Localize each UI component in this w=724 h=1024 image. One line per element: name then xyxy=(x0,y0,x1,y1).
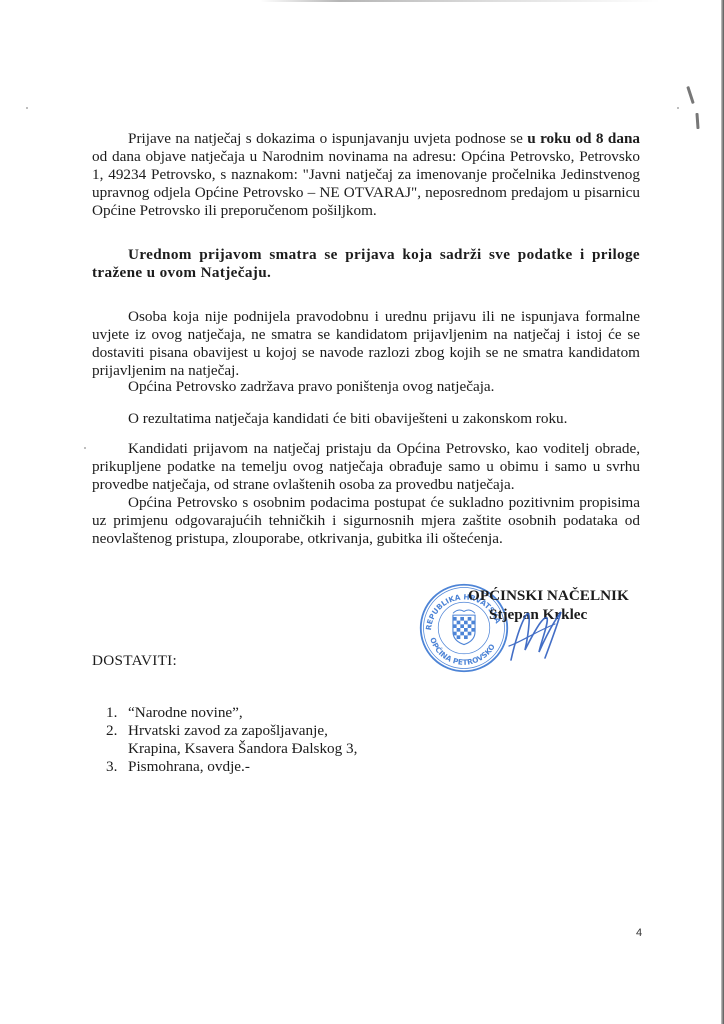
handwritten-signature-icon xyxy=(505,602,565,666)
scan-artifact-dot xyxy=(26,107,28,109)
scan-edge-top xyxy=(260,0,660,2)
submission-text-end: od dana objave natječaja u Narodnim novi… xyxy=(92,148,640,219)
paragraph-cancellation-right: Općina Petrovsko zadržava pravo poništen… xyxy=(92,378,640,396)
paragraph-data-protection: Općina Petrovsko s osobnim podacima post… xyxy=(92,494,640,548)
distribution-item-line: Krapina, Ksavera Šandora Đalskog 3, xyxy=(128,740,357,758)
submission-deadline: u roku od 8 dana xyxy=(527,130,640,147)
distribution-heading: DOSTAVITI: xyxy=(92,652,177,670)
distribution-item-number: 1. xyxy=(106,704,117,722)
distribution-item-line: Pismohrana, ovdje.- xyxy=(128,758,357,776)
distribution-item-line: “Narodne novine”, xyxy=(128,704,357,722)
submission-text-start: Prijave na natječaj s dokazima o ispunja… xyxy=(128,130,527,147)
distribution-item-line: Hrvatski zavod za zapošljavanje, xyxy=(128,722,357,740)
document-page: Prijave na natječaj s dokazima o ispunja… xyxy=(0,0,724,1024)
paragraph-valid-application: Urednom prijavom smatra se prijava koja … xyxy=(92,246,640,282)
distribution-item-number: 2. xyxy=(106,722,117,740)
distribution-item: 1. “Narodne novine”, xyxy=(106,704,357,722)
signatory-name: Stjepan Krklec xyxy=(468,606,668,624)
paragraph-invalid-application: Osoba koja nije podnijela pravodobnu i u… xyxy=(92,308,640,380)
signature-block: OPĆINSKI NAČELNIK Stjepan Krklec xyxy=(468,586,668,624)
distribution-item: 3. Pismohrana, ovdje.- xyxy=(106,758,357,776)
paragraph-results-notice: O rezultatima natječaja kandidati će bit… xyxy=(92,410,640,428)
scan-artifact-mark xyxy=(695,113,699,129)
scan-artifact-dot xyxy=(84,447,86,449)
paragraph-submission: Prijave na natječaj s dokazima o ispunja… xyxy=(92,130,640,220)
page-number: 4 xyxy=(636,927,642,939)
signatory-title: OPĆINSKI NAČELNIK xyxy=(468,586,668,606)
distribution-item-number: 3. xyxy=(106,758,117,776)
distribution-item: 2. Hrvatski zavod za zapošljavanje, Krap… xyxy=(106,722,357,758)
paragraph-data-processing: Kandidati prijavom na natječaj pristaju … xyxy=(92,440,640,494)
scan-artifact-mark xyxy=(686,86,694,104)
scan-artifact-dot xyxy=(677,107,679,109)
distribution-list: 1. “Narodne novine”, 2. Hrvatski zavod z… xyxy=(106,704,357,776)
